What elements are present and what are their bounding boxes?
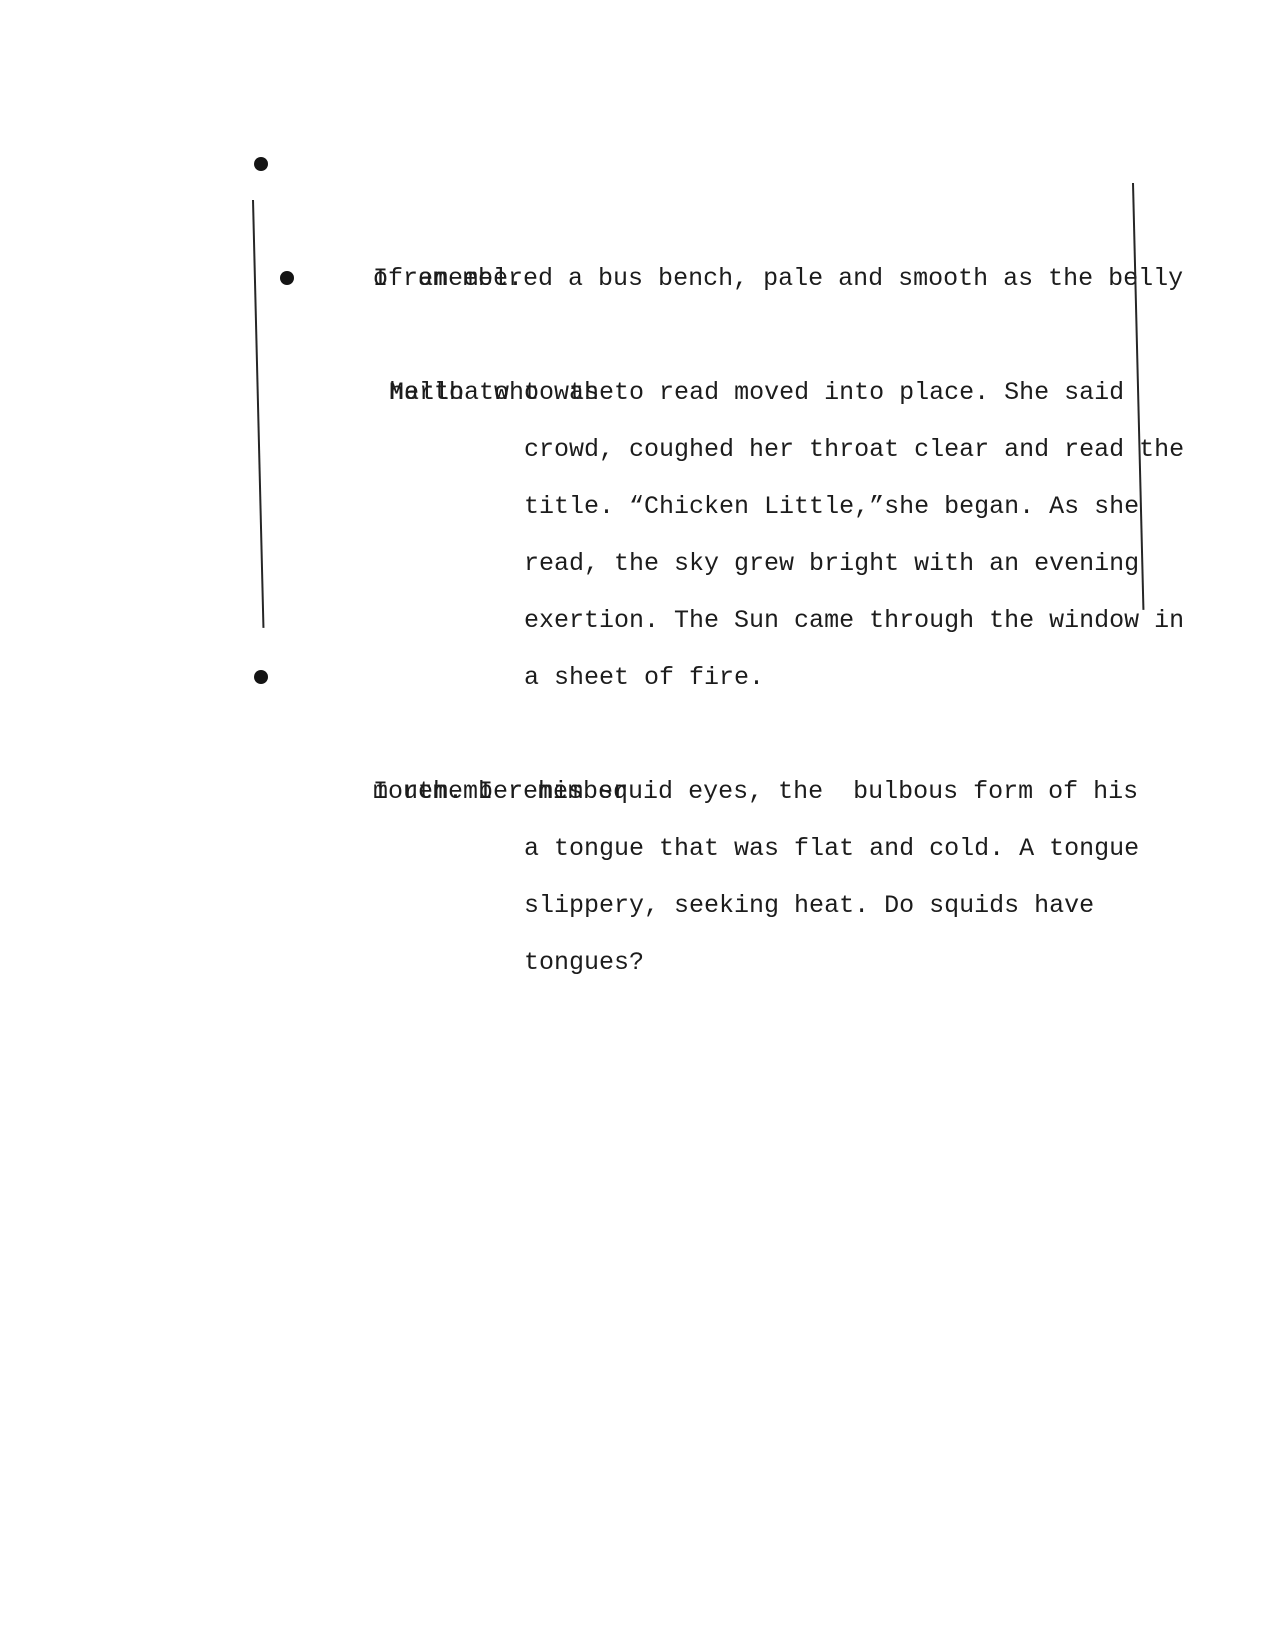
bullet-line: I remembered a bus bench, pale and smoot…: [0, 136, 1275, 193]
indented-text-line: read, the sky grew bright with an evenin…: [0, 478, 1275, 535]
indented-text-line: tongues?: [0, 877, 1275, 934]
text-line: hello to to the: [0, 307, 1275, 364]
indented-text-line: crowd, coughed her throat clear and read…: [0, 364, 1275, 421]
document-text: I remembered a bus bench, pale and smoot…: [0, 136, 1275, 934]
text-line: mouth. I remember: [0, 706, 1275, 763]
bullet-marker-icon: [280, 271, 294, 285]
indented-text-line: slippery, seeking heat. Do squids have: [0, 820, 1275, 877]
document-page: I remembered a bus bench, pale and smoot…: [0, 0, 1275, 1650]
bullet-marker-icon: [254, 157, 268, 171]
bullet-line: Martha who was to read moved into place.…: [0, 250, 1275, 307]
bullet-line: I remember his squid eyes, the bulbous f…: [0, 649, 1275, 706]
indented-text-line: exertion. The Sun came through the windo…: [0, 535, 1275, 592]
indented-text-line: a sheet of fire.: [0, 592, 1275, 649]
bullet-marker-icon: [254, 670, 268, 684]
line-text: tongues?: [524, 948, 644, 977]
indented-text-line: title. “Chicken Little,”she began. As sh…: [0, 421, 1275, 478]
indented-text-line: a tongue that was flat and cold. A tongu…: [0, 763, 1275, 820]
text-line: of an eel.: [0, 193, 1275, 250]
